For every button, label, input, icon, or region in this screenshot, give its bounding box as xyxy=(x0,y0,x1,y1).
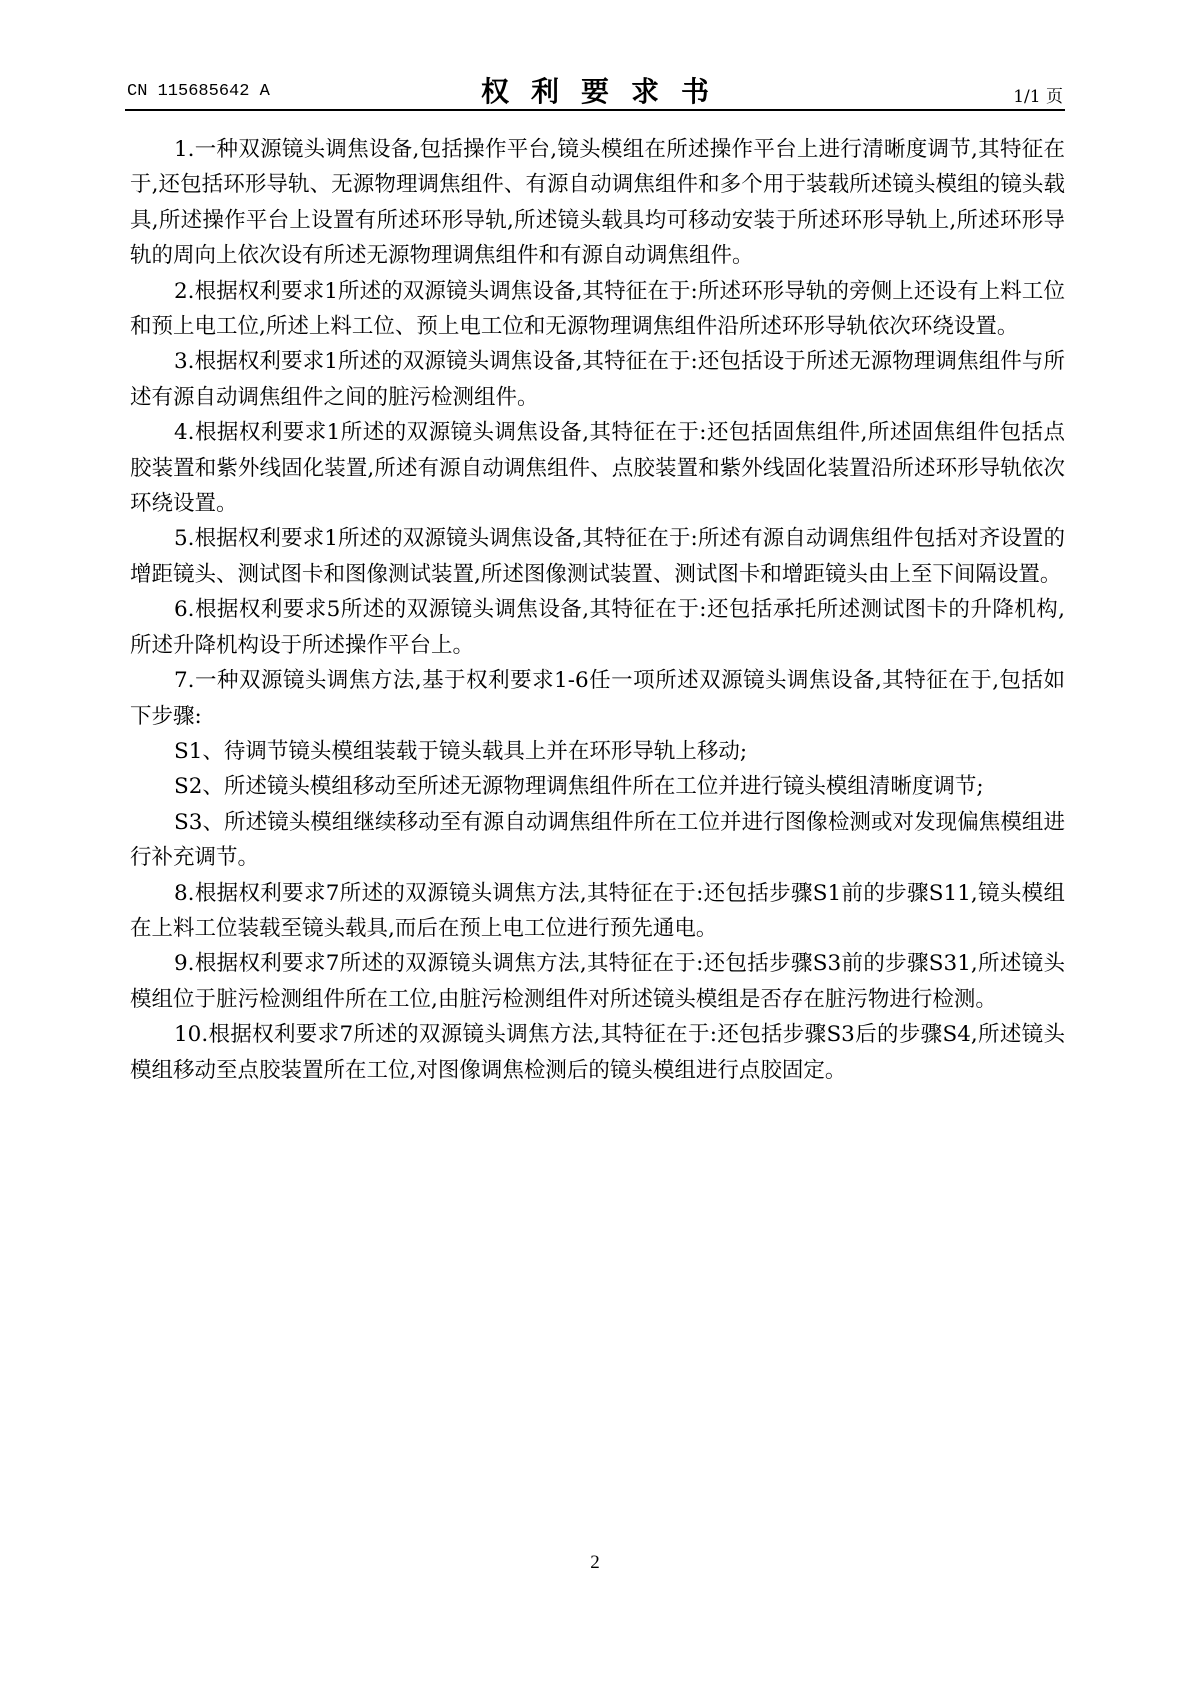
claims-body: 1.一种双源镜头调焦设备,包括操作平台,镜头模组在所述操作平台上进行清晰度调节,… xyxy=(130,132,1065,1088)
claim-1: 1.一种双源镜头调焦设备,包括操作平台,镜头模组在所述操作平台上进行清晰度调节,… xyxy=(130,132,1065,274)
document-title: 权利要求书 xyxy=(125,70,1065,110)
claim-8: 8.根据权利要求7所述的双源镜头调焦方法,其特征在于:还包括步骤S1前的步骤S1… xyxy=(130,876,1065,947)
claim-9: 9.根据权利要求7所述的双源镜头调焦方法,其特征在于:还包括步骤S3前的步骤S3… xyxy=(130,946,1065,1017)
claim-4: 4.根据权利要求1所述的双源镜头调焦设备,其特征在于:还包括固焦组件,所述固焦组… xyxy=(130,415,1065,521)
claim-7-step-s1: S1、待调节镜头模组装载于镜头载具上并在环形导轨上移动; xyxy=(130,734,1065,769)
header-divider xyxy=(125,109,1065,111)
claim-5: 5.根据权利要求1所述的双源镜头调焦设备,其特征在于:所述有源自动调焦组件包括对… xyxy=(130,521,1065,592)
claim-3: 3.根据权利要求1所述的双源镜头调焦设备,其特征在于:还包括设于所述无源物理调焦… xyxy=(130,344,1065,415)
page-header: CN 115685642 A 权利要求书 1/1 页 xyxy=(125,70,1065,106)
page-indicator: 1/1 页 xyxy=(1013,82,1063,107)
claim-6: 6.根据权利要求5所述的双源镜头调焦设备,其特征在于:还包括承托所述测试图卡的升… xyxy=(130,592,1065,663)
claim-7-step-s3: S3、所述镜头模组继续移动至有源自动调焦组件所在工位并进行图像检测或对发现偏焦模… xyxy=(130,805,1065,876)
claim-10: 10.根据权利要求7所述的双源镜头调焦方法,其特征在于:还包括步骤S3后的步骤S… xyxy=(130,1017,1065,1088)
claim-7-step-s2: S2、所述镜头模组移动至所述无源物理调焦组件所在工位并进行镜头模组清晰度调节; xyxy=(130,769,1065,804)
claim-7: 7.一种双源镜头调焦方法,基于权利要求1-6任一项所述双源镜头调焦设备,其特征在… xyxy=(130,663,1065,734)
claim-2: 2.根据权利要求1所述的双源镜头调焦设备,其特征在于:所述环形导轨的旁侧上还设有… xyxy=(130,274,1065,345)
page-footer-number: 2 xyxy=(0,1552,1190,1574)
